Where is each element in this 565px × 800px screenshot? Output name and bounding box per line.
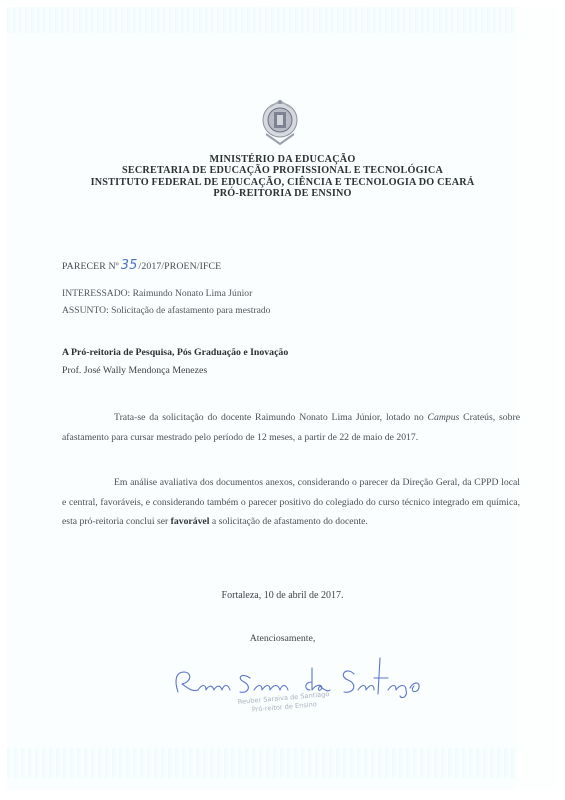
header-institute: INSTITUTO FEDERAL DE EDUCAÇÃO, CIÊNCIA E… <box>0 177 565 188</box>
parecer-reference: PARECER Nº35/2017/PROEN/IFCE <box>62 258 221 273</box>
addressee-block: A Pró-reitoria de Pesquisa, Pós Graduaçã… <box>62 344 288 380</box>
paragraph-1-text-a: Trata-se da solicitação do docente Raimu… <box>114 412 428 423</box>
paragraph-2-verdict: favorável <box>171 516 210 527</box>
assunto-value: Solicitação de afastamento para mestrado <box>109 305 271 316</box>
header-ministry: MINISTÉRIO DA EDUCAÇÃO <box>0 154 565 165</box>
document-meta: INTERESSADO: Raimundo Nonato Lima Júnior… <box>62 285 270 319</box>
closing-line: Atenciosamente, <box>0 633 565 644</box>
addressee-org: A Pró-reitoria de Pesquisa, Pós Graduaçã… <box>62 344 288 362</box>
interessado-value: Raimundo Nonato Lima Júnior <box>130 288 252 299</box>
paragraph-1-campus: Campus <box>428 412 460 423</box>
date-line: Fortaleza, 10 de abril de 2017. <box>0 590 565 601</box>
scan-noise-top <box>7 7 517 33</box>
header-office: PRÓ-REITORIA DE ENSINO <box>0 188 565 199</box>
scanned-page-edge <box>516 7 558 790</box>
parecer-suffix: /2017/PROEN/IFCE <box>139 261 222 272</box>
document-header: MINISTÉRIO DA EDUCAÇÃO SECRETARIA DE EDU… <box>0 154 565 200</box>
assunto-label: ASSUNTO: <box>62 305 109 316</box>
body-paragraph-2: Em análise avaliativa dos documentos ane… <box>62 473 520 532</box>
paragraph-2-text-b: a solicitação de afastamento do docente. <box>209 516 367 527</box>
interessado-line: INTERESSADO: Raimundo Nonato Lima Júnior <box>62 285 270 302</box>
assunto-line: ASSUNTO: Solicitação de afastamento para… <box>62 302 270 319</box>
addressee-person: Prof. José Wally Mendonça Menezes <box>62 362 288 380</box>
body-paragraph-1: Trata-se da solicitação do docente Raimu… <box>62 408 520 447</box>
header-secretariat: SECRETARIA DE EDUCAÇÃO PROFISSIONAL E TE… <box>0 165 565 176</box>
parecer-prefix: PARECER Nº <box>62 261 119 272</box>
parecer-handwritten-number: 35 <box>121 258 138 273</box>
brazil-coat-of-arms-icon <box>258 98 302 148</box>
scan-noise-bottom <box>7 748 517 778</box>
interessado-label: INTERESSADO: <box>62 288 130 299</box>
